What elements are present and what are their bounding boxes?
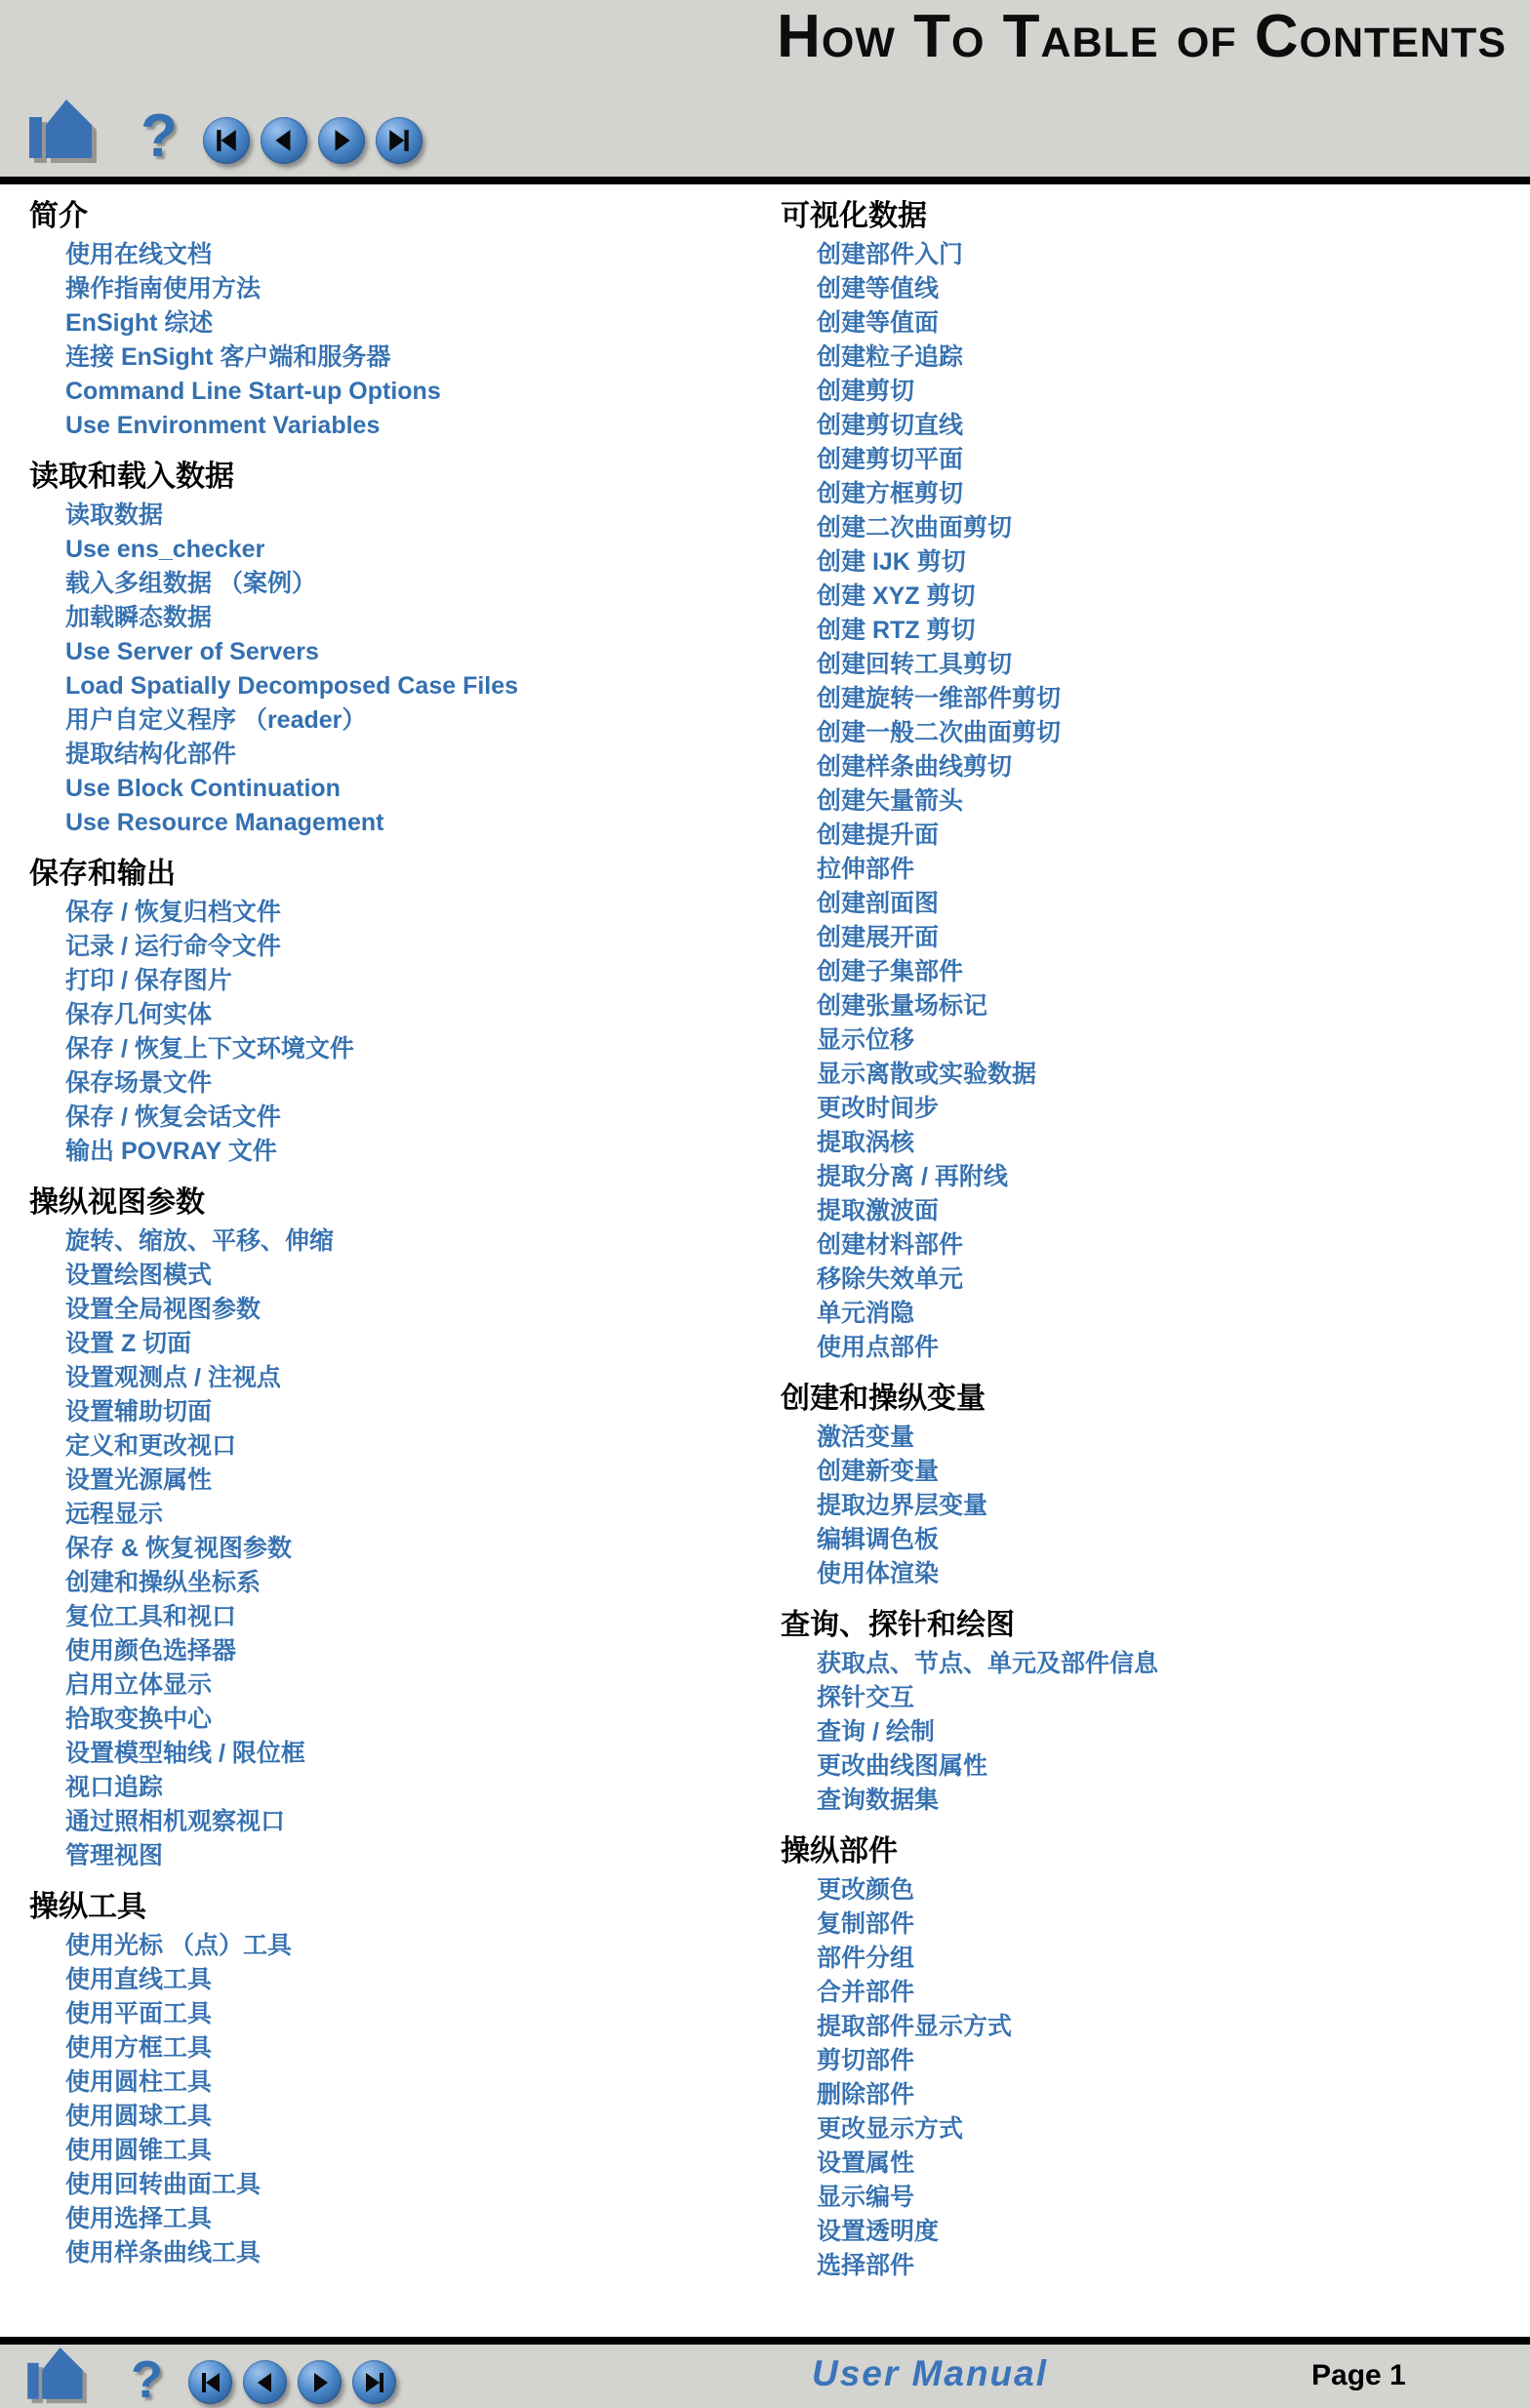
manual-title: User Manual: [812, 2353, 1048, 2394]
toc-link[interactable]: 设置全局视图参数: [65, 1293, 761, 1327]
toc-link[interactable]: 保存 / 恢复会话文件: [65, 1101, 761, 1135]
toc-link[interactable]: 创建 XYZ 剪切: [817, 580, 1522, 614]
toc-link[interactable]: 创建子集部件: [817, 955, 1522, 989]
toc-link[interactable]: 使用体渲染: [817, 1557, 1522, 1591]
toc-link[interactable]: 创建旋转一维部件剪切: [817, 682, 1522, 716]
toc-link[interactable]: Use Environment Variables: [65, 409, 761, 443]
toc-link[interactable]: 打印 / 保存图片: [65, 964, 761, 998]
toc-section-heading: 操纵部件: [781, 1830, 1522, 1873]
toc-link[interactable]: 创建剖面图: [817, 887, 1522, 921]
first-page-icon: [214, 128, 239, 153]
toc-link[interactable]: 创建展开面: [817, 921, 1522, 955]
toc-link[interactable]: 设置绘图模式: [65, 1259, 761, 1293]
toc-link[interactable]: 创建和操纵坐标系: [65, 1566, 761, 1600]
previous-page-icon: [254, 2371, 277, 2394]
toc-link[interactable]: 更改显示方式: [817, 2112, 1522, 2147]
next-page-button[interactable]: [298, 2360, 342, 2404]
toc-link[interactable]: 远程显示: [65, 1498, 761, 1532]
toc-link[interactable]: 探针交互: [817, 1681, 1522, 1715]
toc-link[interactable]: 查询 / 绘制: [817, 1715, 1522, 1749]
previous-page-icon: [271, 128, 297, 153]
help-button[interactable]: ?: [141, 109, 178, 164]
toc-link[interactable]: 创建等值面: [817, 306, 1522, 341]
toc-link[interactable]: 提取部件显示方式: [817, 2010, 1522, 2044]
toc-link[interactable]: Use Resource Management: [65, 806, 761, 840]
toc-link[interactable]: 编辑调色板: [817, 1523, 1522, 1557]
toc-column-right: 可视化数据创建部件入门创建等值线创建等值面创建粒子追踪创建剪切创建剪切直线创建剪…: [781, 191, 1522, 2296]
toc-link[interactable]: 剪切部件: [817, 2044, 1522, 2078]
toc-link[interactable]: 拾取变换中心: [65, 1703, 761, 1737]
toc-column-left: 简介使用在线文档操作指南使用方法EnSight 综述连接 EnSight 客户端…: [29, 191, 761, 2283]
toc-link[interactable]: 输出 POVRAY 文件: [65, 1135, 761, 1169]
toc-section: 保存和输出保存 / 恢复归档文件记录 / 运行命令文件打印 / 保存图片保存几何…: [29, 853, 761, 1169]
home-icon: [27, 2348, 88, 2404]
toc-link[interactable]: Use Block Continuation: [65, 772, 761, 806]
home-icon: [29, 100, 98, 164]
first-page-button[interactable]: [188, 2360, 232, 2404]
toc-link[interactable]: 激活变量: [817, 1421, 1522, 1455]
toc-section: 操纵工具使用光标 （点）工具使用直线工具使用平面工具使用方框工具使用圆柱工具使用…: [29, 1886, 761, 2270]
toc-link[interactable]: 保存 / 恢复上下文环境文件: [65, 1032, 761, 1066]
toc-link[interactable]: 创建粒子追踪: [817, 341, 1522, 375]
toc-link[interactable]: 创建矢量箭头: [817, 784, 1522, 819]
toc-section-heading: 操纵视图参数: [29, 1182, 761, 1224]
toc-link[interactable]: 提取结构化部件: [65, 738, 761, 772]
toc-link[interactable]: 创建一般二次曲面剪切: [817, 716, 1522, 750]
toc-link[interactable]: 设置 Z 切面: [65, 1327, 761, 1361]
toc-link[interactable]: 查询数据集: [817, 1784, 1522, 1818]
toc-link[interactable]: 保存 & 恢复视图参数: [65, 1532, 761, 1566]
toc-link[interactable]: 使用光标 （点）工具: [65, 1929, 761, 1963]
toc-section-heading: 操纵工具: [29, 1886, 761, 1929]
header-divider: [0, 177, 1530, 184]
toc-link[interactable]: 通过照相机观察视口: [65, 1805, 761, 1839]
toc-link[interactable]: 设置光源属性: [65, 1464, 761, 1498]
toc-link[interactable]: 更改时间步: [817, 1092, 1522, 1126]
help-button[interactable]: ?: [131, 2356, 163, 2404]
toc-section: 简介使用在线文档操作指南使用方法EnSight 综述连接 EnSight 客户端…: [29, 195, 761, 443]
question-mark-icon: ?: [141, 102, 178, 170]
toc-section: 操纵视图参数旋转、缩放、平移、伸缩设置绘图模式设置全局视图参数设置 Z 切面设置…: [29, 1182, 761, 1873]
toc-link[interactable]: 管理视图: [65, 1839, 761, 1873]
toc-link[interactable]: 提取分离 / 再附线: [817, 1160, 1522, 1194]
last-page-icon: [386, 128, 412, 153]
header-toolbar: ?: [29, 98, 433, 164]
toc-link[interactable]: 移除失效单元: [817, 1263, 1522, 1297]
last-page-button[interactable]: [376, 117, 423, 164]
toc-section-heading: 创建和操纵变量: [781, 1378, 1522, 1421]
previous-page-button[interactable]: [261, 117, 307, 164]
toc-link[interactable]: 单元消隐: [817, 1297, 1522, 1331]
toc-link[interactable]: 创建剪切平面: [817, 443, 1522, 477]
toc-link[interactable]: Command Line Start-up Options: [65, 375, 761, 409]
toc-link[interactable]: 创建二次曲面剪切: [817, 511, 1522, 545]
toc-section-heading: 保存和输出: [29, 853, 761, 896]
toc-link[interactable]: 复位工具和视口: [65, 1600, 761, 1634]
toc-section: 读取和载入数据读取数据Use ens_checker载入多组数据 （案例）加载瞬…: [29, 456, 761, 840]
toc-link[interactable]: 使用回转曲面工具: [65, 2168, 761, 2202]
toc-link[interactable]: 获取点、节点、单元及部件信息: [817, 1647, 1522, 1681]
toc-link[interactable]: 使用圆锥工具: [65, 2134, 761, 2168]
toc-link[interactable]: 保存 / 恢复归档文件: [65, 896, 761, 930]
toc-link[interactable]: 创建样条曲线剪切: [817, 750, 1522, 784]
toc-link[interactable]: 创建等值线: [817, 272, 1522, 306]
toc-link[interactable]: 设置透明度: [817, 2215, 1522, 2249]
previous-page-button[interactable]: [243, 2360, 287, 2404]
toc-link[interactable]: 创建提升面: [817, 819, 1522, 853]
toc-link[interactable]: 创建 RTZ 剪切: [817, 614, 1522, 648]
toc-section-heading: 简介: [29, 195, 761, 238]
toc-link[interactable]: 设置模型轴线 / 限位框: [65, 1737, 761, 1771]
next-page-icon: [329, 128, 354, 153]
toc-link[interactable]: 拉伸部件: [817, 853, 1522, 887]
footer-toolbar: ?: [27, 2348, 407, 2404]
toc-link[interactable]: 使用圆球工具: [65, 2100, 761, 2134]
toc-link[interactable]: 使用样条曲线工具: [65, 2236, 761, 2270]
toc-section-heading: 读取和载入数据: [29, 456, 761, 499]
toc-section: 操纵部件更改颜色复制部件部件分组合并部件提取部件显示方式剪切部件删除部件更改显示…: [781, 1830, 1522, 2283]
next-page-button[interactable]: [318, 117, 365, 164]
toc-link[interactable]: 创建剪切: [817, 375, 1522, 409]
toc-link[interactable]: 更改曲线图属性: [817, 1749, 1522, 1784]
toc-link[interactable]: 保存场景文件: [65, 1066, 761, 1101]
toc-link[interactable]: 使用选择工具: [65, 2202, 761, 2236]
toc-link[interactable]: Use ens_checker: [65, 533, 761, 567]
last-page-button[interactable]: [352, 2360, 396, 2404]
toc-link[interactable]: 创建 IJK 剪切: [817, 545, 1522, 580]
toc-link[interactable]: 创建回转工具剪切: [817, 648, 1522, 682]
toc-link[interactable]: EnSight 综述: [65, 306, 761, 341]
toc-link[interactable]: 提取激波面: [817, 1194, 1522, 1228]
toc-link[interactable]: 创建方框剪切: [817, 477, 1522, 511]
toc-link[interactable]: 记录 / 运行命令文件: [65, 930, 761, 964]
toc-section: 创建和操纵变量激活变量创建新变量提取边界层变量编辑调色板使用体渲染: [781, 1378, 1522, 1591]
toc-link[interactable]: 创建张量场标记: [817, 989, 1522, 1023]
toc-link[interactable]: 读取数据: [65, 499, 761, 533]
toc-link[interactable]: 显示位移: [817, 1023, 1522, 1058]
toc-link[interactable]: 定义和更改视口: [65, 1429, 761, 1464]
toc-link[interactable]: 删除部件: [817, 2078, 1522, 2112]
last-page-icon: [363, 2371, 386, 2394]
toc-link[interactable]: 旋转、缩放、平移、伸缩: [65, 1224, 761, 1259]
toc-link[interactable]: 提取边界层变量: [817, 1489, 1522, 1523]
toc-link[interactable]: 创建材料部件: [817, 1228, 1522, 1263]
toc-link[interactable]: 连接 EnSight 客户端和服务器: [65, 341, 761, 375]
toc-link[interactable]: 合并部件: [817, 1976, 1522, 2010]
toc-link[interactable]: 更改颜色: [817, 1873, 1522, 1907]
toc-link[interactable]: 设置属性: [817, 2147, 1522, 2181]
toc-section: 可视化数据创建部件入门创建等值线创建等值面创建粒子追踪创建剪切创建剪切直线创建剪…: [781, 195, 1522, 1365]
toc-link[interactable]: 使用点部件: [817, 1331, 1522, 1365]
toc-link[interactable]: 选择部件: [817, 2249, 1522, 2283]
home-button[interactable]: [29, 100, 98, 164]
toc-link[interactable]: 创建部件入门: [817, 238, 1522, 272]
toc-section-heading: 可视化数据: [781, 195, 1522, 238]
toc-link[interactable]: 启用立体显示: [65, 1668, 761, 1703]
toc-link[interactable]: 使用平面工具: [65, 1997, 761, 2031]
first-page-button[interactable]: [203, 117, 250, 164]
toc-link[interactable]: 使用方框工具: [65, 2031, 761, 2066]
page-number: Page 1: [1311, 2359, 1406, 2392]
toc-link[interactable]: 设置辅助切面: [65, 1395, 761, 1429]
question-mark-icon: ?: [131, 2350, 163, 2408]
toc-link[interactable]: 保存几何实体: [65, 998, 761, 1032]
toc-link[interactable]: 设置观测点 / 注视点: [65, 1361, 761, 1395]
toc-link[interactable]: 部件分组: [817, 1942, 1522, 1976]
toc-link[interactable]: 视口追踪: [65, 1771, 761, 1805]
toc-link[interactable]: Use Server of Servers: [65, 635, 761, 669]
toc-link[interactable]: 显示离散或实验数据: [817, 1058, 1522, 1092]
toc-link[interactable]: 使用在线文档: [65, 238, 761, 272]
toc-link[interactable]: 加载瞬态数据: [65, 601, 761, 635]
next-page-icon: [308, 2371, 332, 2394]
first-page-icon: [199, 2371, 222, 2394]
toc-link[interactable]: 提取涡核: [817, 1126, 1522, 1160]
home-button[interactable]: [27, 2348, 88, 2404]
toc-link[interactable]: 载入多组数据 （案例）: [65, 567, 761, 601]
toc-link[interactable]: 使用直线工具: [65, 1963, 761, 1997]
toc-link[interactable]: 使用圆柱工具: [65, 2066, 761, 2100]
toc-link[interactable]: 用户自定义程序 （reader）: [65, 703, 761, 738]
toc-section-heading: 查询、探针和绘图: [781, 1604, 1522, 1647]
toc-link[interactable]: Load Spatially Decomposed Case Files: [65, 669, 761, 703]
toc-link[interactable]: 操作指南使用方法: [65, 272, 761, 306]
toc-link[interactable]: 显示编号: [817, 2181, 1522, 2215]
footer-divider: [0, 2337, 1530, 2345]
toc-link[interactable]: 创建新变量: [817, 1455, 1522, 1489]
toc-link[interactable]: 创建剪切直线: [817, 409, 1522, 443]
toc-link[interactable]: 复制部件: [817, 1907, 1522, 1942]
toc-section: 查询、探针和绘图获取点、节点、单元及部件信息探针交互查询 / 绘制更改曲线图属性…: [781, 1604, 1522, 1818]
toc-link[interactable]: 使用颜色选择器: [65, 1634, 761, 1668]
page-title: How To Table of Contents: [777, 2, 1507, 71]
